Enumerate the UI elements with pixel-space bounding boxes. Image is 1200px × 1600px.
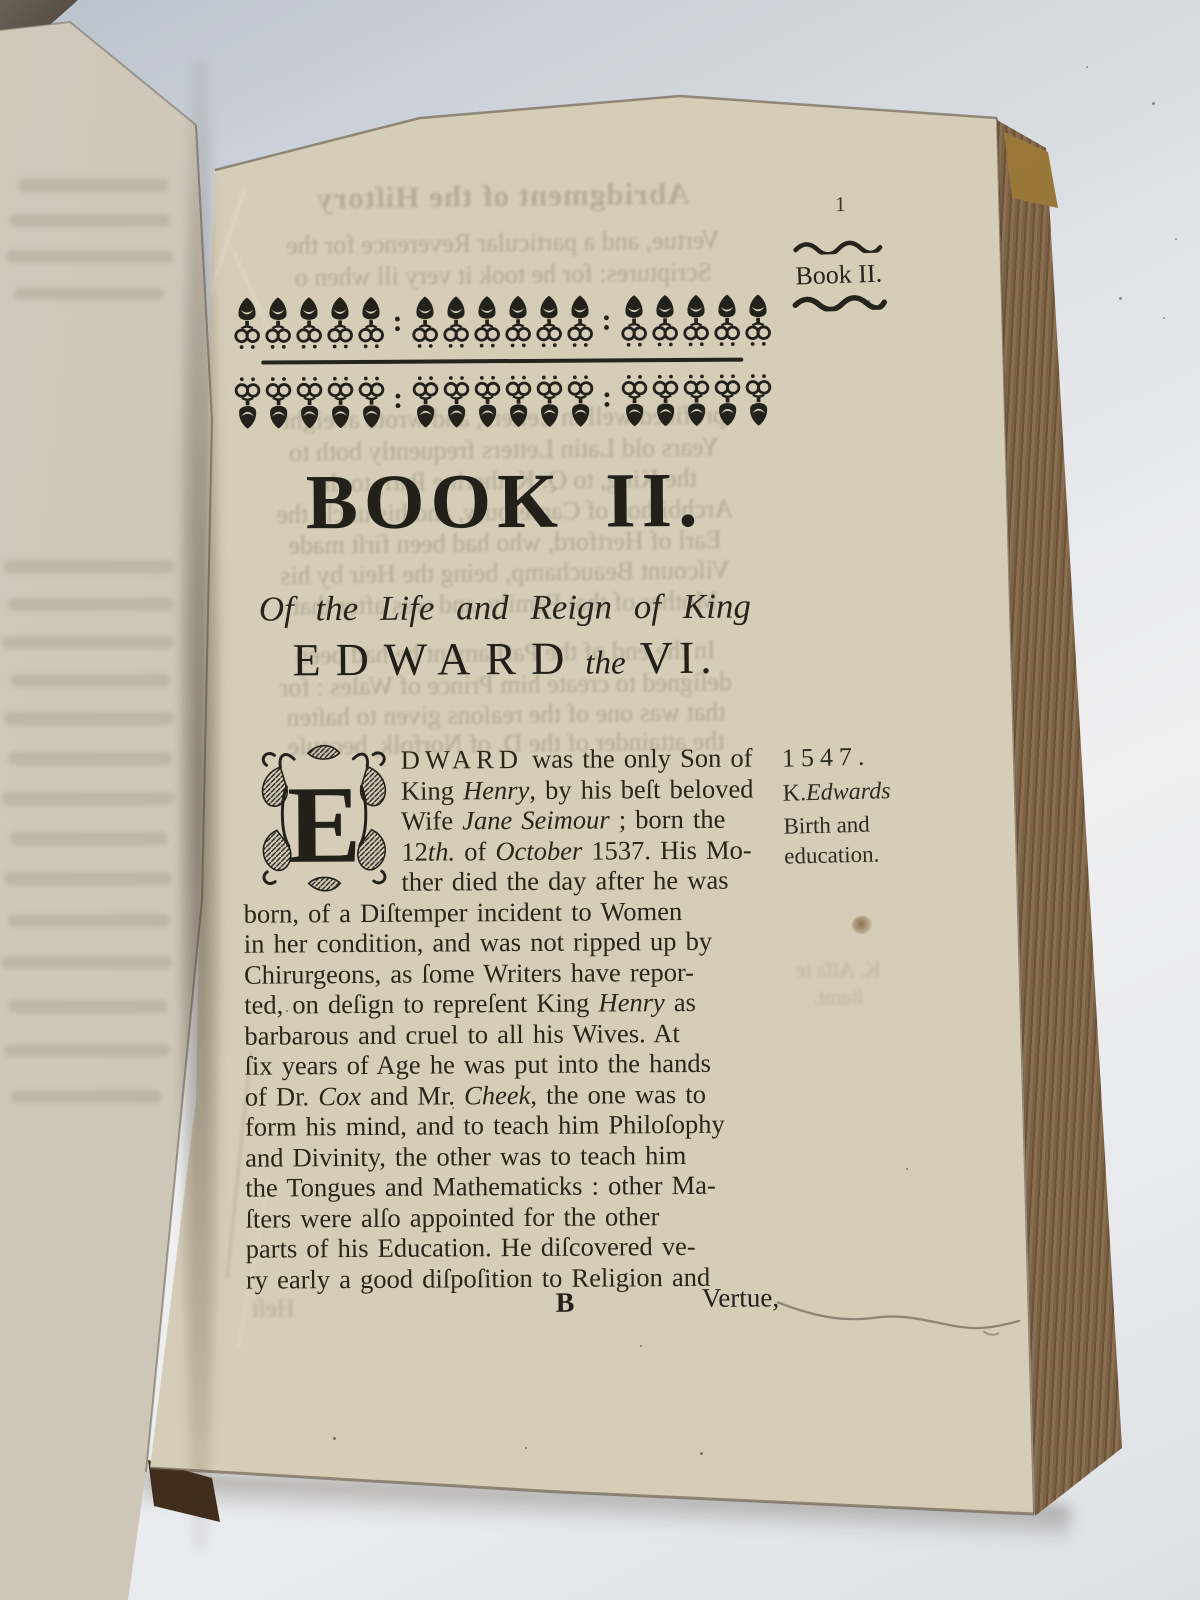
book-title: BOOK II.: [241, 454, 769, 547]
fleuron-ornament-icon: [294, 293, 322, 355]
fleuron-ornament-icon: [263, 293, 291, 355]
ornament-separator: :: [392, 293, 402, 351]
fleuron-ornament-icon: [232, 294, 260, 356]
ornament-separator: :: [393, 369, 403, 427]
fleuron-ornament-icon: [442, 369, 470, 431]
fleuron-ornament-icon: [712, 291, 740, 353]
margin-line2: Birth and: [783, 810, 934, 840]
fleuron-ornament-icon: [441, 292, 469, 354]
margin-note: 1547. K.Edwards Birth and education.: [782, 740, 935, 869]
fleuron-ornament-icon: [620, 368, 648, 430]
bleedthrough-margin-note: K. Aſſa te ſtamt.: [773, 956, 903, 1011]
background-speck: [1163, 317, 1165, 319]
background-speck: [1175, 238, 1177, 240]
fleuron-ornament-icon: [473, 369, 501, 431]
running-header-label: Book II.: [782, 258, 895, 292]
ornament-separator: :: [601, 291, 611, 349]
page-number: 1: [818, 192, 862, 217]
fleuron-ornament-icon: [743, 290, 771, 352]
bleedthrough-header: Abridgment of the Hiſtory: [239, 175, 766, 218]
fleuron-ornament-icon: [534, 292, 562, 354]
fleuron-ornament-icon: [356, 293, 384, 355]
body-line: ſters were alſo appointed for the other: [245, 1200, 777, 1234]
printers-ornament-band: : : : :: [240, 291, 765, 435]
printed-page-content: Abridgment of the HiſtoryVertue, and a p…: [0, 0, 1200, 1600]
fleuron-ornament-icon: [295, 370, 323, 432]
fleuron-ornament-icon: [619, 291, 647, 353]
drop-cap-continuation: DWARD: [401, 744, 523, 775]
body-line: ſix years of Age he was put into the han…: [245, 1047, 777, 1081]
king-numeral: VI.: [639, 632, 717, 683]
bleedthrough-layer: Abridgment of the HiſtoryVertue, and a p…: [0, 0, 1195, 3]
fleuron-ornament-icon: [744, 367, 772, 429]
fleuron-ornament-icon: [357, 369, 385, 431]
bleedthrough-line: Vertue, and a particular Reverence for t…: [239, 225, 766, 262]
background-speck: [1086, 66, 1088, 68]
fleuron-ornament-icon: [326, 370, 354, 432]
background-speck: [1152, 102, 1155, 105]
fleuron-ornament-icon: [233, 370, 261, 432]
signature-mark: B: [543, 1288, 587, 1320]
body-line: in her condition, and was not ripped up …: [244, 925, 776, 959]
fleuron-ornament-icon: [411, 369, 439, 431]
running-header: Book II.: [781, 234, 896, 318]
chapter-subtitle-line1: Of the Life and Reign of King: [239, 586, 771, 629]
fleuron-ornament-icon: [651, 368, 679, 430]
king-name: EDWARD: [292, 633, 579, 686]
bleedthrough-fragment: Heſt: [228, 1295, 318, 1324]
chapter-subtitle-line2: EDWARD the VI.: [239, 630, 771, 686]
ornament-row-top: : :: [240, 291, 764, 358]
ink-pen-mark: [773, 1291, 1028, 1345]
fleuron-ornament-icon: [713, 367, 741, 429]
fleuron-ornament-icon: [264, 370, 292, 432]
ornament-rule: [261, 358, 743, 364]
fleuron-ornament-icon: [472, 292, 500, 354]
antique-book-photo: Abridgment of the HiſtoryVertue, and a p…: [0, 0, 1200, 1600]
fleuron-ornament-icon: [535, 368, 563, 430]
background-speck: [1119, 297, 1122, 300]
body-line: DWARD was the only Son of: [243, 742, 775, 776]
catchword: Vertue,: [653, 1282, 779, 1314]
ornament-row-bottom: : :: [240, 367, 764, 434]
body-line: ted, on deſign to repreſent King Henry a…: [244, 986, 776, 1020]
body-line: barbarous and cruel to all his Wives. At: [244, 1017, 776, 1051]
body-line: 12th. of October 1537. His Mo-: [243, 834, 775, 868]
body-line: parts of his Education. He diſcovered ve…: [246, 1230, 778, 1264]
bleedthrough-line: Scriptures: for he took it very ill when…: [240, 257, 767, 294]
body-line: ther died the day after he was: [243, 864, 775, 898]
fleuron-ornament-icon: [325, 293, 353, 355]
body-line: of Dr. Cox and Mr. Cheek, the one was to: [245, 1078, 777, 1112]
body-line: and Divinity, the other was to teach him: [245, 1139, 777, 1173]
fleuron-ornament-icon: [682, 367, 710, 429]
subtitle-the: the: [585, 645, 626, 681]
body-line: form his mind, and to teach him Philoſop…: [245, 1108, 777, 1142]
body-line: born, of a Diſtemper incident to Women: [244, 895, 776, 929]
wavy-rule-icon: [788, 289, 891, 312]
body-line: Chirurgeons, as ſome Writers have repor-: [244, 956, 776, 990]
body-text: DWARD was the only Son ofKing Henry, by …: [243, 742, 778, 1294]
fleuron-ornament-icon: [565, 292, 593, 354]
fleuron-ornament-icon: [410, 292, 438, 354]
margin-line3: education.: [784, 840, 935, 870]
fleuron-ornament-icon: [566, 368, 594, 430]
wavy-rule-icon: [789, 234, 886, 255]
fleuron-ornament-icon: [503, 292, 531, 354]
body-line: King Henry, by his beſt beloved: [243, 773, 775, 807]
body-line: the Tongues and Mathematicks : other Ma-: [245, 1169, 777, 1203]
fleuron-ornament-icon: [650, 291, 678, 353]
margin-king: K.Edwards: [782, 777, 933, 808]
body-line: Wife Jane Seimour ; born the: [243, 803, 775, 837]
fleuron-ornament-icon: [681, 291, 709, 353]
ornament-separator: :: [602, 368, 612, 426]
margin-year: 1547.: [782, 740, 933, 774]
fleuron-ornament-icon: [504, 368, 532, 430]
